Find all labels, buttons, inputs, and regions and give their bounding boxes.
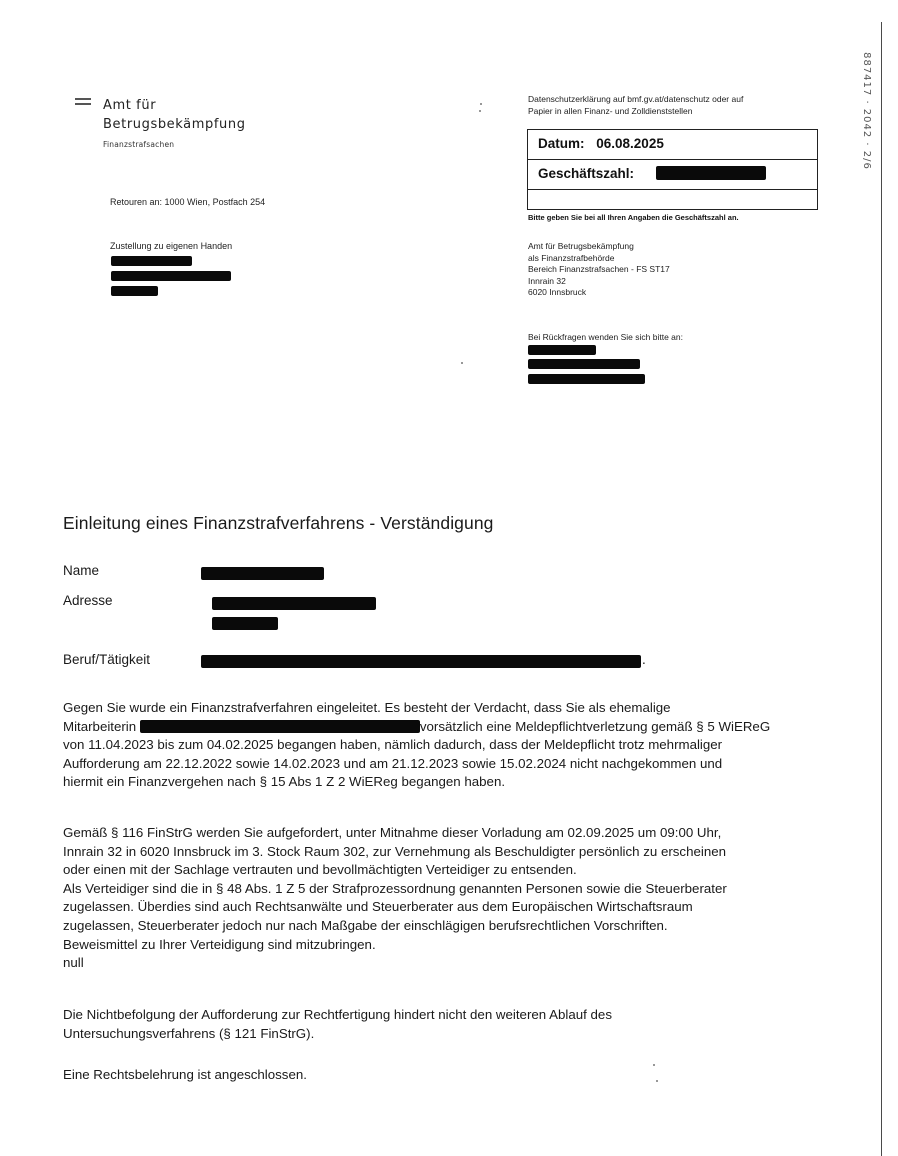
- address-line2-redaction: [212, 617, 278, 630]
- office-address-line: 6020 Innsbruck: [528, 287, 670, 299]
- page-title: Einleitung eines Finanzstrafverfahrens -…: [63, 513, 494, 534]
- address-label: Adresse: [63, 593, 113, 608]
- case-number-label: Geschäftszahl:: [538, 160, 634, 188]
- paragraph-suspicion: Gegen Sie wurde ein Finanzstrafverfahren…: [63, 699, 853, 792]
- privacy-notice-line2: Papier in allen Finanz- und Zolldienstst…: [528, 105, 828, 117]
- return-address: Retouren an: 1000 Wien, Postfach 254: [110, 196, 265, 208]
- contact-email-redaction: [528, 374, 645, 384]
- name-redaction: [201, 567, 324, 580]
- office-address-line: als Finanzstrafbehörde: [528, 253, 670, 265]
- paragraph-line: Die Nichtbefolgung der Aufforderung zur …: [63, 1006, 853, 1025]
- occupation-period: .: [642, 652, 646, 667]
- austrian-eagle-logo-icon: [75, 98, 91, 108]
- occupation-redaction: [201, 655, 641, 668]
- recipient-street-redaction: [111, 271, 231, 281]
- occupation-label: Beruf/Tätigkeit: [63, 652, 150, 667]
- date-row: Datum: 06.08.2025: [528, 130, 817, 160]
- department-name: Finanzstrafsachen: [103, 140, 174, 149]
- scan-speck: [480, 103, 482, 105]
- authority-name: Amt für Betrugsbekämpfung: [103, 96, 246, 134]
- paragraph-line: zugelassen. Überdies sind auch Rechtsanw…: [63, 898, 853, 917]
- case-number-redaction: [656, 166, 766, 180]
- reference-box: Datum: 06.08.2025 Geschäftszahl:: [527, 129, 818, 210]
- paragraph-legal-notice: Eine Rechtsbelehrung ist angeschlossen.: [63, 1066, 853, 1085]
- date-label: Datum:: [538, 130, 585, 158]
- paragraph-line: Aufforderung am 22.12.2022 sowie 14.02.2…: [63, 755, 853, 774]
- paragraph-line: Gemäß § 116 FinStrG werden Sie aufgeford…: [63, 824, 853, 843]
- employer-prefix: Mitarbeiterin: [63, 719, 140, 734]
- paragraph-line: oder einen mit der Sachlage vertrauten u…: [63, 861, 853, 880]
- paragraph-line: Gegen Sie wurde ein Finanzstrafverfahren…: [63, 699, 853, 718]
- paragraph-line: Als Verteidiger sind die in § 48 Abs. 1 …: [63, 880, 853, 899]
- name-label: Name: [63, 563, 99, 578]
- paragraph-line: Untersuchungsverfahrens (§ 121 FinStrG).: [63, 1025, 853, 1044]
- authority-name-line2: Betrugsbekämpfung: [103, 115, 246, 134]
- contact-label: Bei Rückfragen wenden Sie sich bitte an:: [528, 331, 683, 343]
- paragraph-line: zugelassen, Steuerberater jedoch nur nac…: [63, 917, 853, 936]
- employer-redaction: [140, 720, 420, 733]
- date-value: 06.08.2025: [596, 130, 664, 158]
- office-address-line: Amt für Betrugsbekämpfung: [528, 241, 670, 253]
- delivery-note: Zustellung zu eigenen Handen: [110, 240, 232, 252]
- office-address-line: Bereich Finanzstrafsachen - FS ST17: [528, 264, 670, 276]
- authority-name-line1: Amt für: [103, 96, 246, 115]
- paragraph-line: Beweismittel zu Ihrer Verteidigung sind …: [63, 936, 853, 955]
- paragraph-non-compliance: Die Nichtbefolgung der Aufforderung zur …: [63, 1006, 853, 1043]
- privacy-notice: Datenschutzerklärung auf bmf.gv.at/daten…: [528, 93, 828, 117]
- scan-speck: [461, 362, 463, 364]
- paragraph-line: hiermit ein Finanzvergehen nach § 15 Abs…: [63, 773, 853, 792]
- scan-speck: [479, 110, 481, 112]
- paragraph-line: Innrain 32 in 6020 Innsbruck im 3. Stock…: [63, 843, 853, 862]
- privacy-notice-line1: Datenschutzerklärung auf bmf.gv.at/daten…: [528, 93, 828, 105]
- office-address: Amt für Betrugsbekämpfung als Finanzstra…: [528, 241, 670, 299]
- contact-name-redaction: [528, 345, 596, 355]
- contact-phone-redaction: [528, 359, 640, 369]
- case-number-hint: Bitte geben Sie bei all Ihren Angaben di…: [528, 213, 739, 222]
- address-line1-redaction: [212, 597, 376, 610]
- paragraph-line: von 11.04.2023 bis zum 04.02.2025 begang…: [63, 736, 853, 755]
- margin-rule: [881, 22, 882, 1156]
- recipient-name-redaction: [111, 256, 192, 266]
- recipient-city-redaction: [111, 286, 158, 296]
- case-number-row: Geschäftszahl:: [528, 160, 817, 190]
- office-address-line: Innrain 32: [528, 276, 670, 288]
- scan-stamp: 887417 · 2042 · 2/6: [858, 36, 872, 186]
- paragraph-line: Mitarbeiterin vorsätzlich eine Meldepfli…: [63, 718, 853, 737]
- paragraph-line: null: [63, 954, 853, 973]
- paragraph-summons: Gemäß § 116 FinStrG werden Sie aufgeford…: [63, 824, 853, 973]
- empty-row: [528, 190, 817, 209]
- employer-suffix: vorsätzlich eine Meldepflichtverletzung …: [420, 719, 770, 734]
- paragraph-line: Eine Rechtsbelehrung ist angeschlossen.: [63, 1066, 853, 1085]
